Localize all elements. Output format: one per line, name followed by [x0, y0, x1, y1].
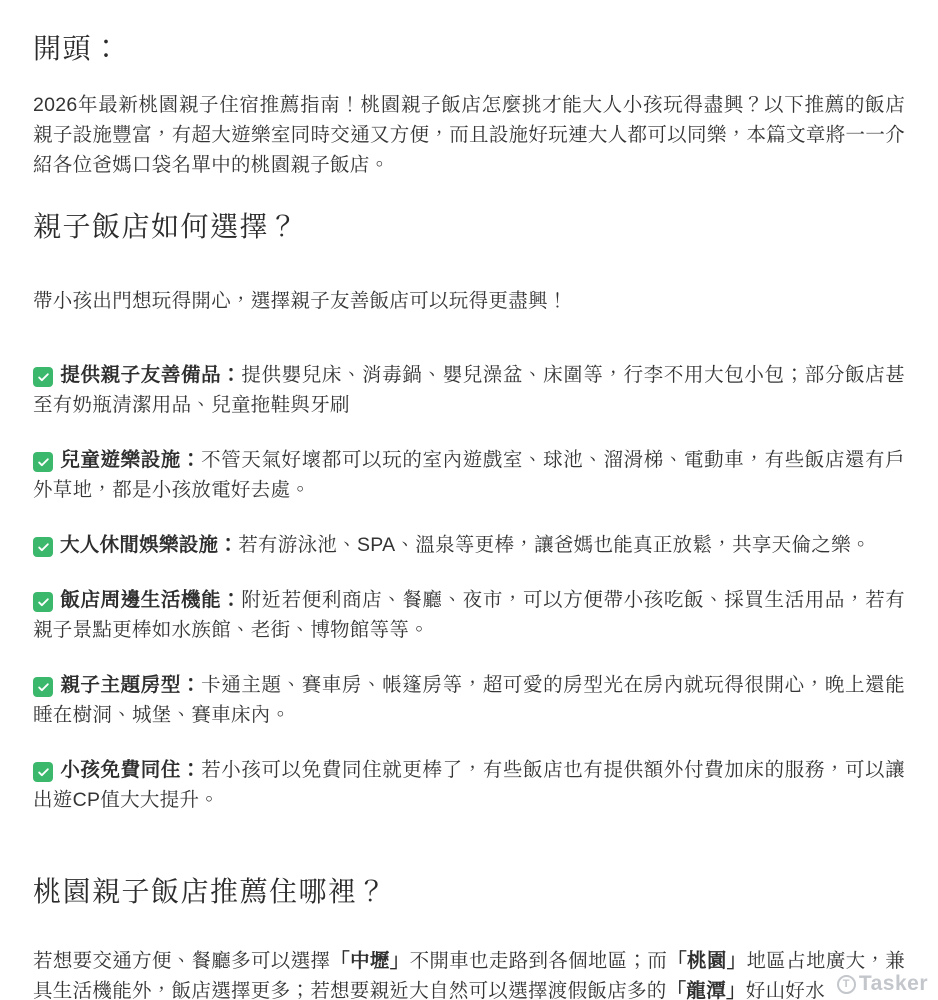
checklist-item-label: 提供親子友善備品： — [60, 364, 241, 386]
checklist-item: 親子主題房型：卡通主題、賽車房、帳篷房等，超可愛的房型光在房內就玩得很開心，晚上… — [33, 670, 905, 730]
paragraph-segment-bold: 「龍潭」 — [667, 980, 746, 1000]
paragraph-segment: 好山好水 — [746, 980, 825, 1000]
paragraph-segment-bold: 「中壢」 — [330, 950, 409, 972]
paragraph-segment-bold: 「桃園」 — [667, 950, 746, 972]
checklist-item: 提供親子友善備品：提供嬰兒床、消毒鍋、嬰兒澡盆、床圍等，行李不用大包小包；部分飯… — [33, 360, 905, 420]
check-icon — [33, 677, 53, 697]
tasker-logo-icon: T — [837, 975, 856, 994]
checklist-item-text: 若有游泳池、SPA、溫泉等更棒，讓爸媽也能真正放鬆，共享天倫之樂。 — [238, 534, 870, 556]
checklist-item-label: 飯店周邊生活機能： — [60, 589, 241, 611]
checklist-item: 飯店周邊生活機能：附近若便利商店、餐廳、夜市，可以方便帶小孩吃飯、採買生活用品，… — [33, 585, 905, 645]
paragraph-segment: 不開車也走路到各個地區；而 — [410, 950, 668, 972]
check-icon — [33, 367, 53, 387]
where-to-stay-paragraph: 若想要交通方便、餐廳多可以選擇「中壢」不開車也走路到各個地區；而「桃園」地區占地… — [33, 946, 905, 1000]
tasker-watermark: T Tasker — [837, 972, 928, 996]
checklist-item-label: 親子主題房型： — [60, 674, 201, 696]
opening-heading: 開頭： — [33, 30, 905, 68]
where-to-stay-heading: 桃園親子飯店推薦住哪裡？ — [33, 873, 905, 911]
checklist-item: 大人休閒娛樂設施：若有游泳池、SPA、溫泉等更棒，讓爸媽也能真正放鬆，共享天倫之… — [33, 530, 905, 560]
how-to-choose-lead: 帶小孩出門想玩得開心，選擇親子友善飯店可以玩得更盡興！ — [33, 286, 905, 316]
tasker-watermark-label: Tasker — [859, 972, 928, 996]
article-page: 開頭： 2026年最新桃園親子住宿推薦指南！桃園親子飯店怎麼挑才能大人小孩玩得盡… — [0, 0, 938, 1000]
checklist-item-label: 小孩免費同住： — [60, 759, 201, 781]
checklist-item: 小孩免費同住：若小孩可以免費同住就更棒了，有些飯店也有提供額外付費加床的服務，可… — [33, 755, 905, 815]
check-icon — [33, 762, 53, 782]
paragraph-segment: 若想要交通方便、餐廳多可以選擇 — [33, 950, 330, 972]
check-icon — [33, 592, 53, 612]
how-to-choose-heading: 親子飯店如何選擇？ — [33, 208, 905, 246]
check-icon — [33, 537, 53, 557]
checklist-item-label: 兒童遊樂設施： — [60, 449, 201, 471]
check-icon — [33, 452, 53, 472]
checklist-item-label: 大人休閒娛樂設施： — [60, 534, 238, 556]
opening-paragraph: 2026年最新桃園親子住宿推薦指南！桃園親子飯店怎麼挑才能大人小孩玩得盡興？以下… — [33, 90, 905, 180]
checklist-item: 兒童遊樂設施：不管天氣好壞都可以玩的室內遊戲室、球池、溜滑梯、電動車，有些飯店還… — [33, 445, 905, 505]
